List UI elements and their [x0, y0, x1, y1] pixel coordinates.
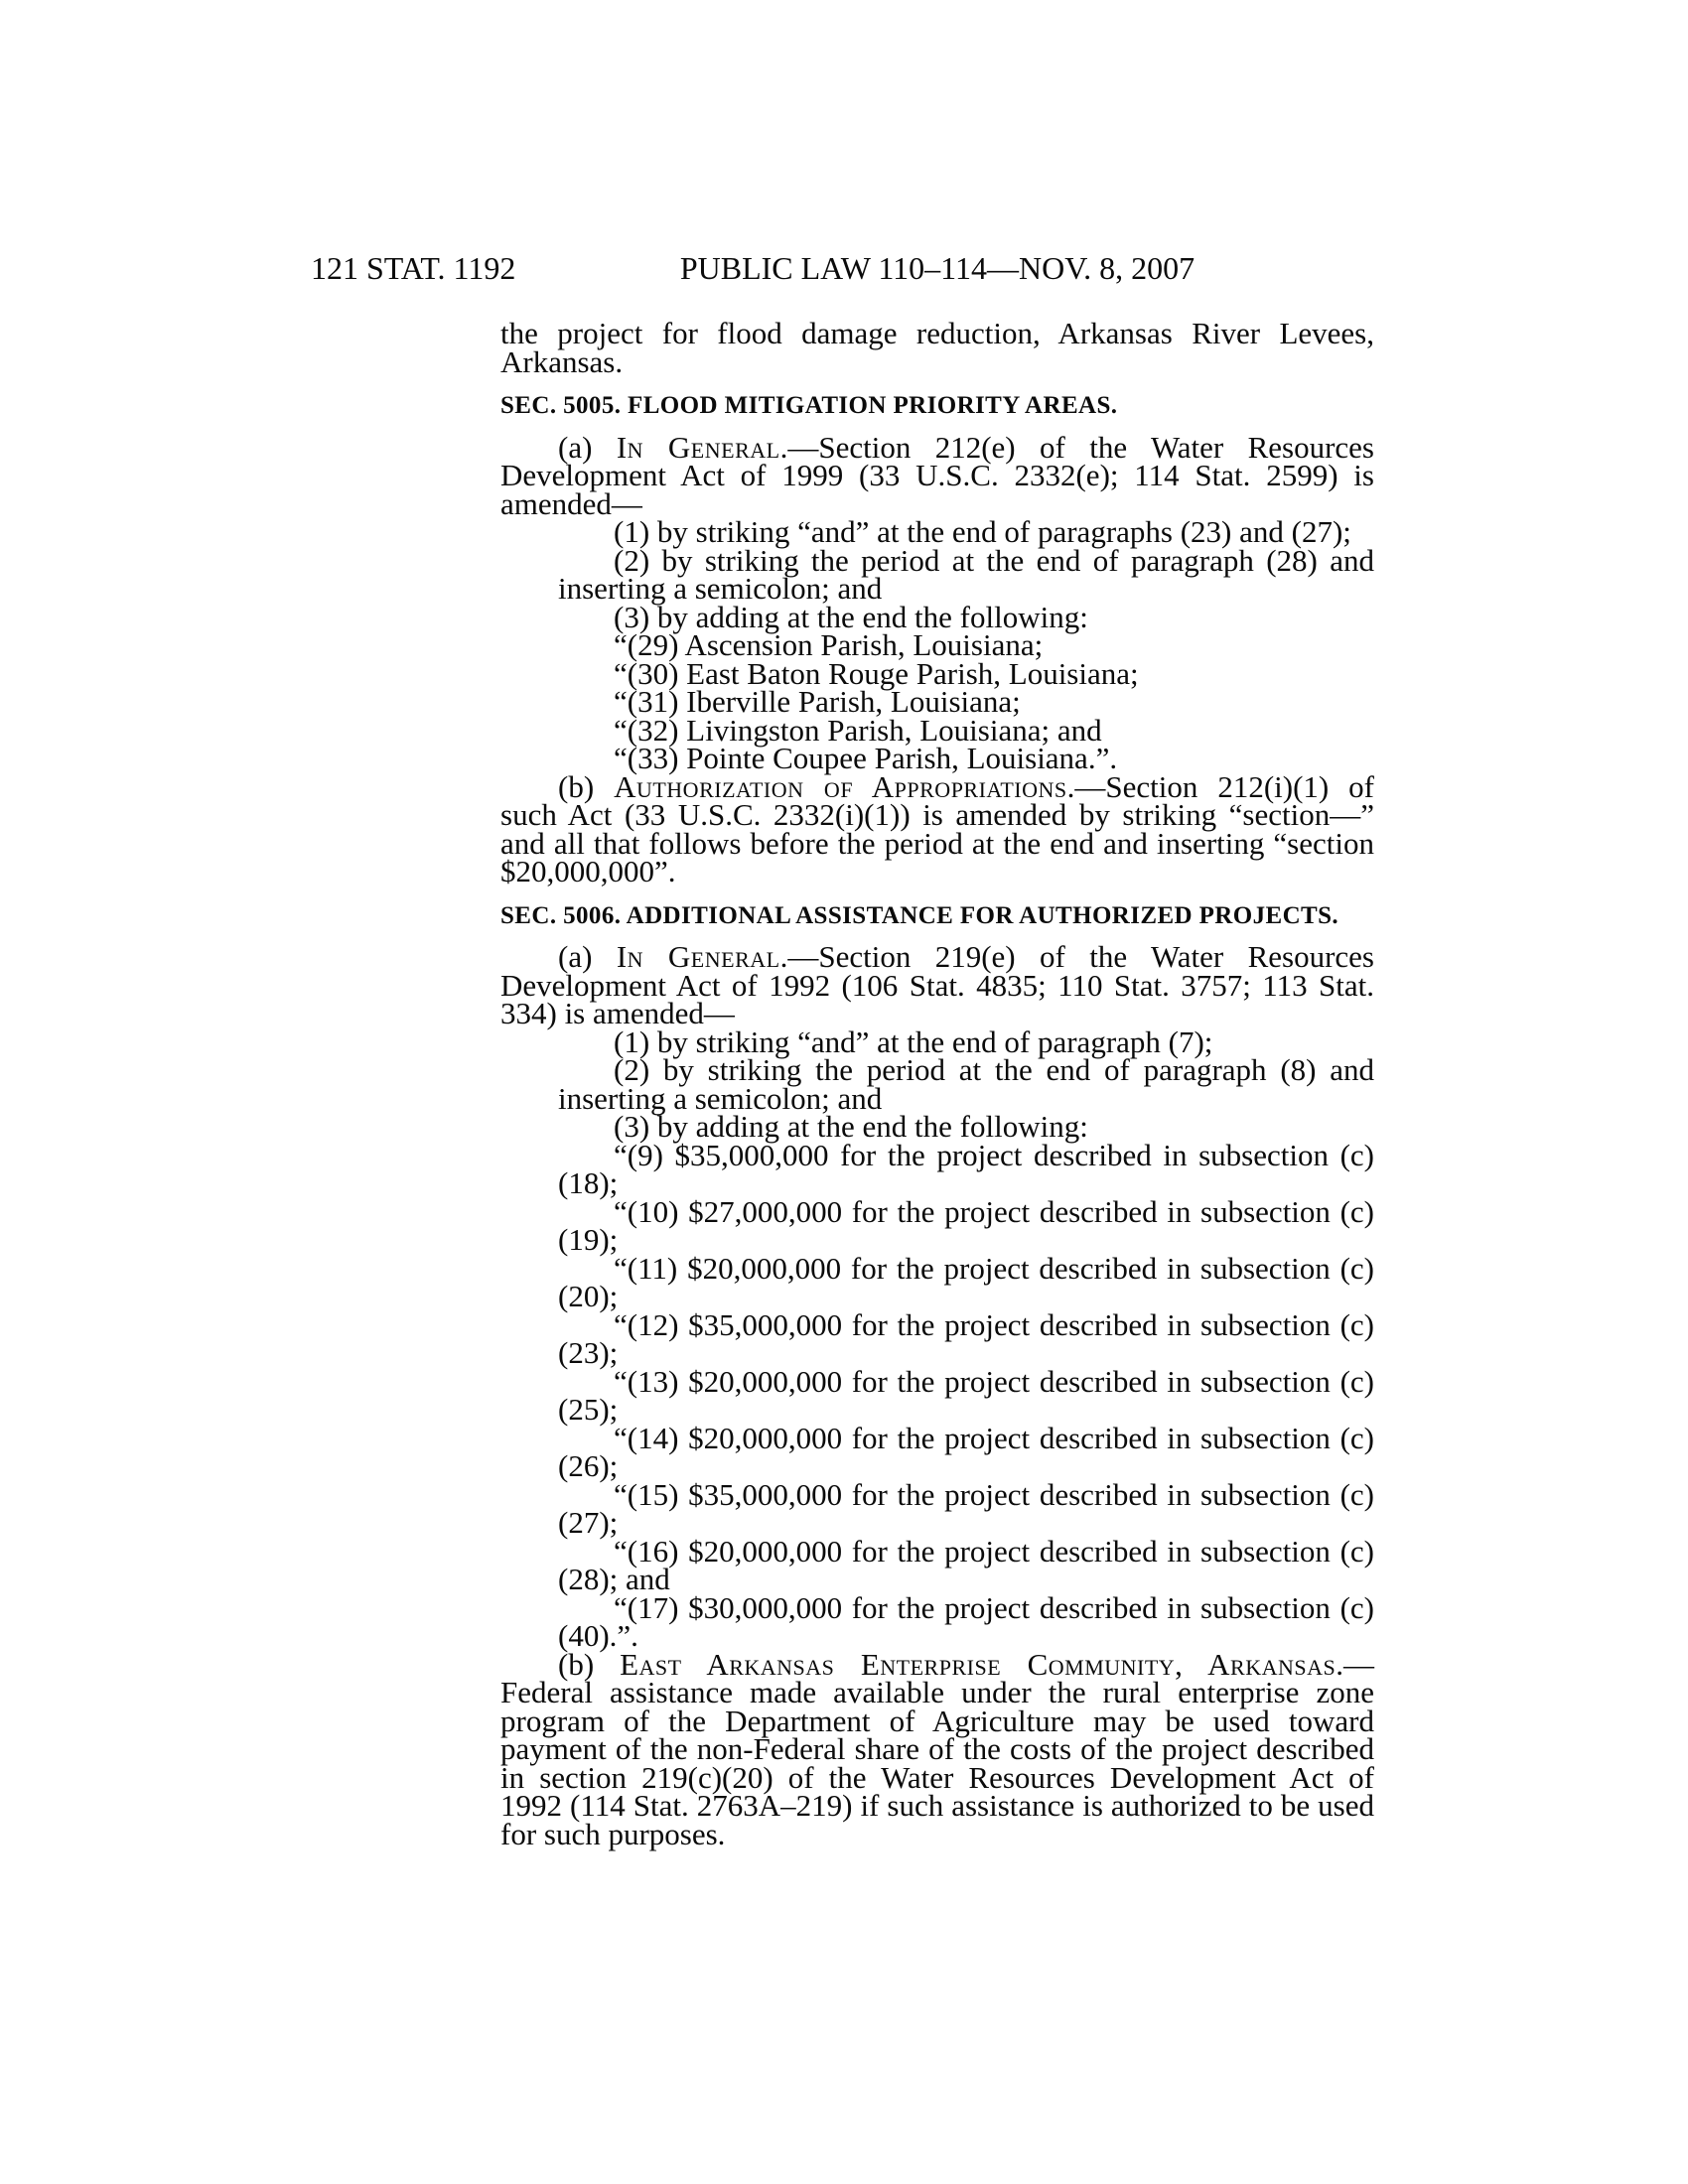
para-5006-b: (b) East Arkansas Enterprise Community, … — [500, 1651, 1374, 1849]
quoted-funding-item-12: “(12) $35,000,000 for the project descri… — [558, 1311, 1374, 1368]
amendment-item-5005-2: (2) by striking the period at the end of… — [558, 547, 1374, 604]
statute-page: { "header": { "stat_page": "121 STAT. 11… — [0, 0, 1688, 2184]
intro-continuation-paragraph: the project for flood damage reduction, … — [500, 320, 1374, 376]
quoted-funding-item-9: “(9) $35,000,000 for the project describ… — [558, 1142, 1374, 1198]
law-caption: PUBLIC LAW 110–114—NOV. 8, 2007 — [500, 250, 1374, 286]
quoted-funding-item-14: “(14) $20,000,000 for the project descri… — [558, 1425, 1374, 1481]
stat-page-number: 121 STAT. 1192 — [311, 250, 515, 286]
amendment-item-5006-2: (2) by striking the period at the end of… — [558, 1056, 1374, 1113]
para-5005-a: (a) In General.—Section 212(e) of the Wa… — [500, 434, 1374, 519]
section-5005-heading: SEC. 5005. FLOOD MITIGATION PRIORITY ARE… — [500, 392, 1374, 421]
quoted-funding-item-10: “(10) $27,000,000 for the project descri… — [558, 1198, 1374, 1255]
page-header: 121 STAT. 1192 PUBLIC LAW 110–114—NOV. 8… — [0, 250, 1688, 286]
quoted-funding-item-13: “(13) $20,000,000 for the project descri… — [558, 1368, 1374, 1425]
para-5006-b-text: .—Federal assistance made available unde… — [500, 1647, 1374, 1851]
quoted-funding-item-11: “(11) $20,000,000 for the project descri… — [558, 1255, 1374, 1311]
text-column: the project for flood damage reduction, … — [500, 320, 1374, 1848]
para-5005-b: (b) Authorization of Appropriations.—Sec… — [500, 773, 1374, 887]
section-5006-heading: SEC. 5006. ADDITIONAL ASSISTANCE FOR AUT… — [500, 902, 1374, 931]
para-5006-a: (a) In General.—Section 219(e) of the Wa… — [500, 943, 1374, 1028]
quoted-funding-item-15: “(15) $35,000,000 for the project descri… — [558, 1481, 1374, 1538]
quoted-funding-item-17: “(17) $30,000,000 for the project descri… — [558, 1594, 1374, 1651]
quoted-funding-item-16: “(16) $20,000,000 for the project descri… — [558, 1538, 1374, 1594]
